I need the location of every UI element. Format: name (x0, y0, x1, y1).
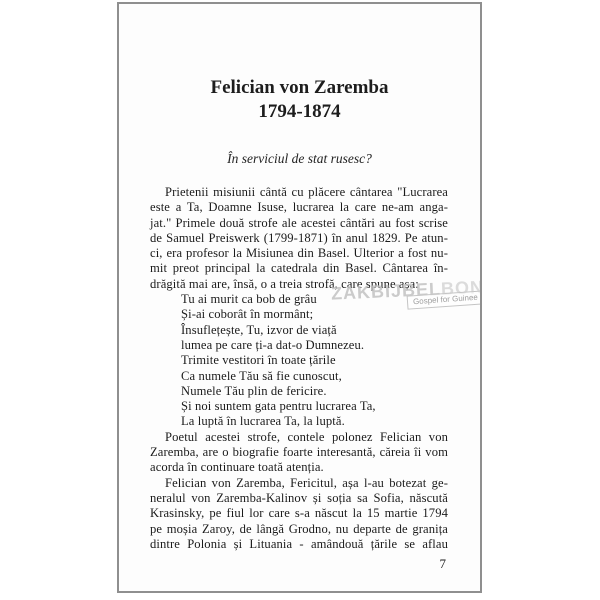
page-number: 7 (119, 556, 446, 572)
text-line: Krasinsky, pe fiul lor care s-a născut l… (150, 506, 448, 521)
text-line: acorda în continuare toată atenția. (150, 460, 448, 475)
text-line: Numele Tău plin de fericire. (150, 384, 448, 399)
text-line: de Samuel Preiswerk (1799-1871) în anul … (150, 231, 448, 246)
text-line: Trimite vestitori în toate țările (150, 353, 448, 368)
text-line: este a Ta, Doamne Isuse, lucrarea la car… (150, 200, 448, 215)
book-page: Felician von Zaremba 1794-1874 În servic… (117, 2, 482, 593)
text-line: Ca numele Tău să fie cunoscut, (150, 369, 448, 384)
text-line: drăgită mai are, însă, o a treia strofă,… (150, 277, 448, 292)
text-line: Zaremba, are o biografie foarte interesa… (150, 445, 448, 460)
text-line: jat." Primele două strofe ale acestei câ… (150, 216, 448, 231)
text-line: Felician von Zaremba, Fericitul, așa l-a… (150, 476, 448, 491)
text-line: Poetul acestei strofe, contele polonez F… (150, 430, 448, 445)
text-line: neralul von Zaremba-Kalinov și soția sa … (150, 491, 448, 506)
screenshot-canvas: { "page": { "title": { "line1": "Felicia… (0, 0, 600, 600)
text-line: Însuflețește, Tu, izvor de viață (150, 323, 448, 338)
text-line: lumea pe care ți-a dat-o Dumnezeu. (150, 338, 448, 353)
chapter-title: Felician von Zaremba 1794-1874 (119, 76, 480, 124)
text-line: Și noi suntem gata pentru lucrarea Ta, (150, 399, 448, 414)
text-line: mit preot principal la catedrala din Bas… (150, 261, 448, 276)
text-line: ci, era profesor la Misiunea din Basel. … (150, 246, 448, 261)
text-line: Prietenii misiunii cântă cu plăcere cânt… (150, 185, 448, 200)
body-text: Prietenii misiunii cântă cu plăcere cânt… (150, 185, 448, 552)
text-line: dintre Polonia și Lituania - amândouă ță… (150, 537, 448, 552)
chapter-subtitle: În serviciul de stat rusesc? (119, 151, 480, 166)
text-line: pe moșia Zaroy, de lângă Grodno, nu depa… (150, 522, 448, 537)
chapter-title-name: Felician von Zaremba (119, 76, 480, 100)
text-line: La luptă în lucrarea Ta, la luptă. (150, 414, 448, 429)
text-line: Tu ai murit ca bob de grâu (150, 292, 448, 307)
chapter-title-years: 1794-1874 (119, 100, 480, 124)
text-line: Și-ai coborât în mormânt; (150, 307, 448, 322)
